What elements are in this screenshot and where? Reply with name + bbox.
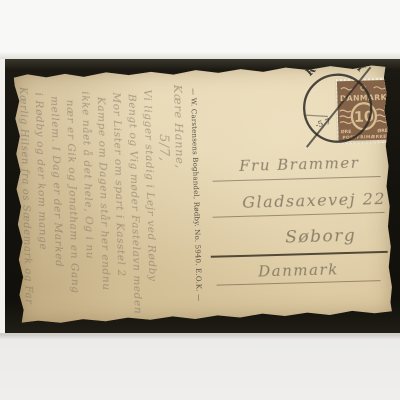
photo-background-top <box>0 0 400 60</box>
address-rule <box>213 176 381 182</box>
address-street: Gladsaxevej 22 <box>242 189 386 212</box>
address-rule <box>217 280 381 286</box>
address-country: Danmark <box>258 260 339 280</box>
address-rule <box>211 251 388 258</box>
postmark-date: -5 7 <box>314 117 331 130</box>
mount-edge-highlight <box>0 59 5 334</box>
postcard-back: Kære Hanne, 5/7, Vi ligger stadig i Lejr… <box>13 63 394 325</box>
address-city: Søborg <box>285 226 357 248</box>
postcard-photo: Kære Hanne, 5/7, Vi ligger stadig i Lejr… <box>0 0 400 400</box>
cancel-line <box>305 67 373 147</box>
handwritten-message: Kære Hanne, 5/7, Vi ligger stadig i Lejr… <box>15 78 192 325</box>
postmark-cancel: RØDBY -5 7 <box>274 55 389 166</box>
photo-background-bottom <box>0 333 400 400</box>
postmark-bridge-line <box>306 114 328 117</box>
address-rule <box>213 212 385 218</box>
publisher-imprint: — W. Carstensens Boghandel, Rødby. No. 5… <box>189 88 203 306</box>
